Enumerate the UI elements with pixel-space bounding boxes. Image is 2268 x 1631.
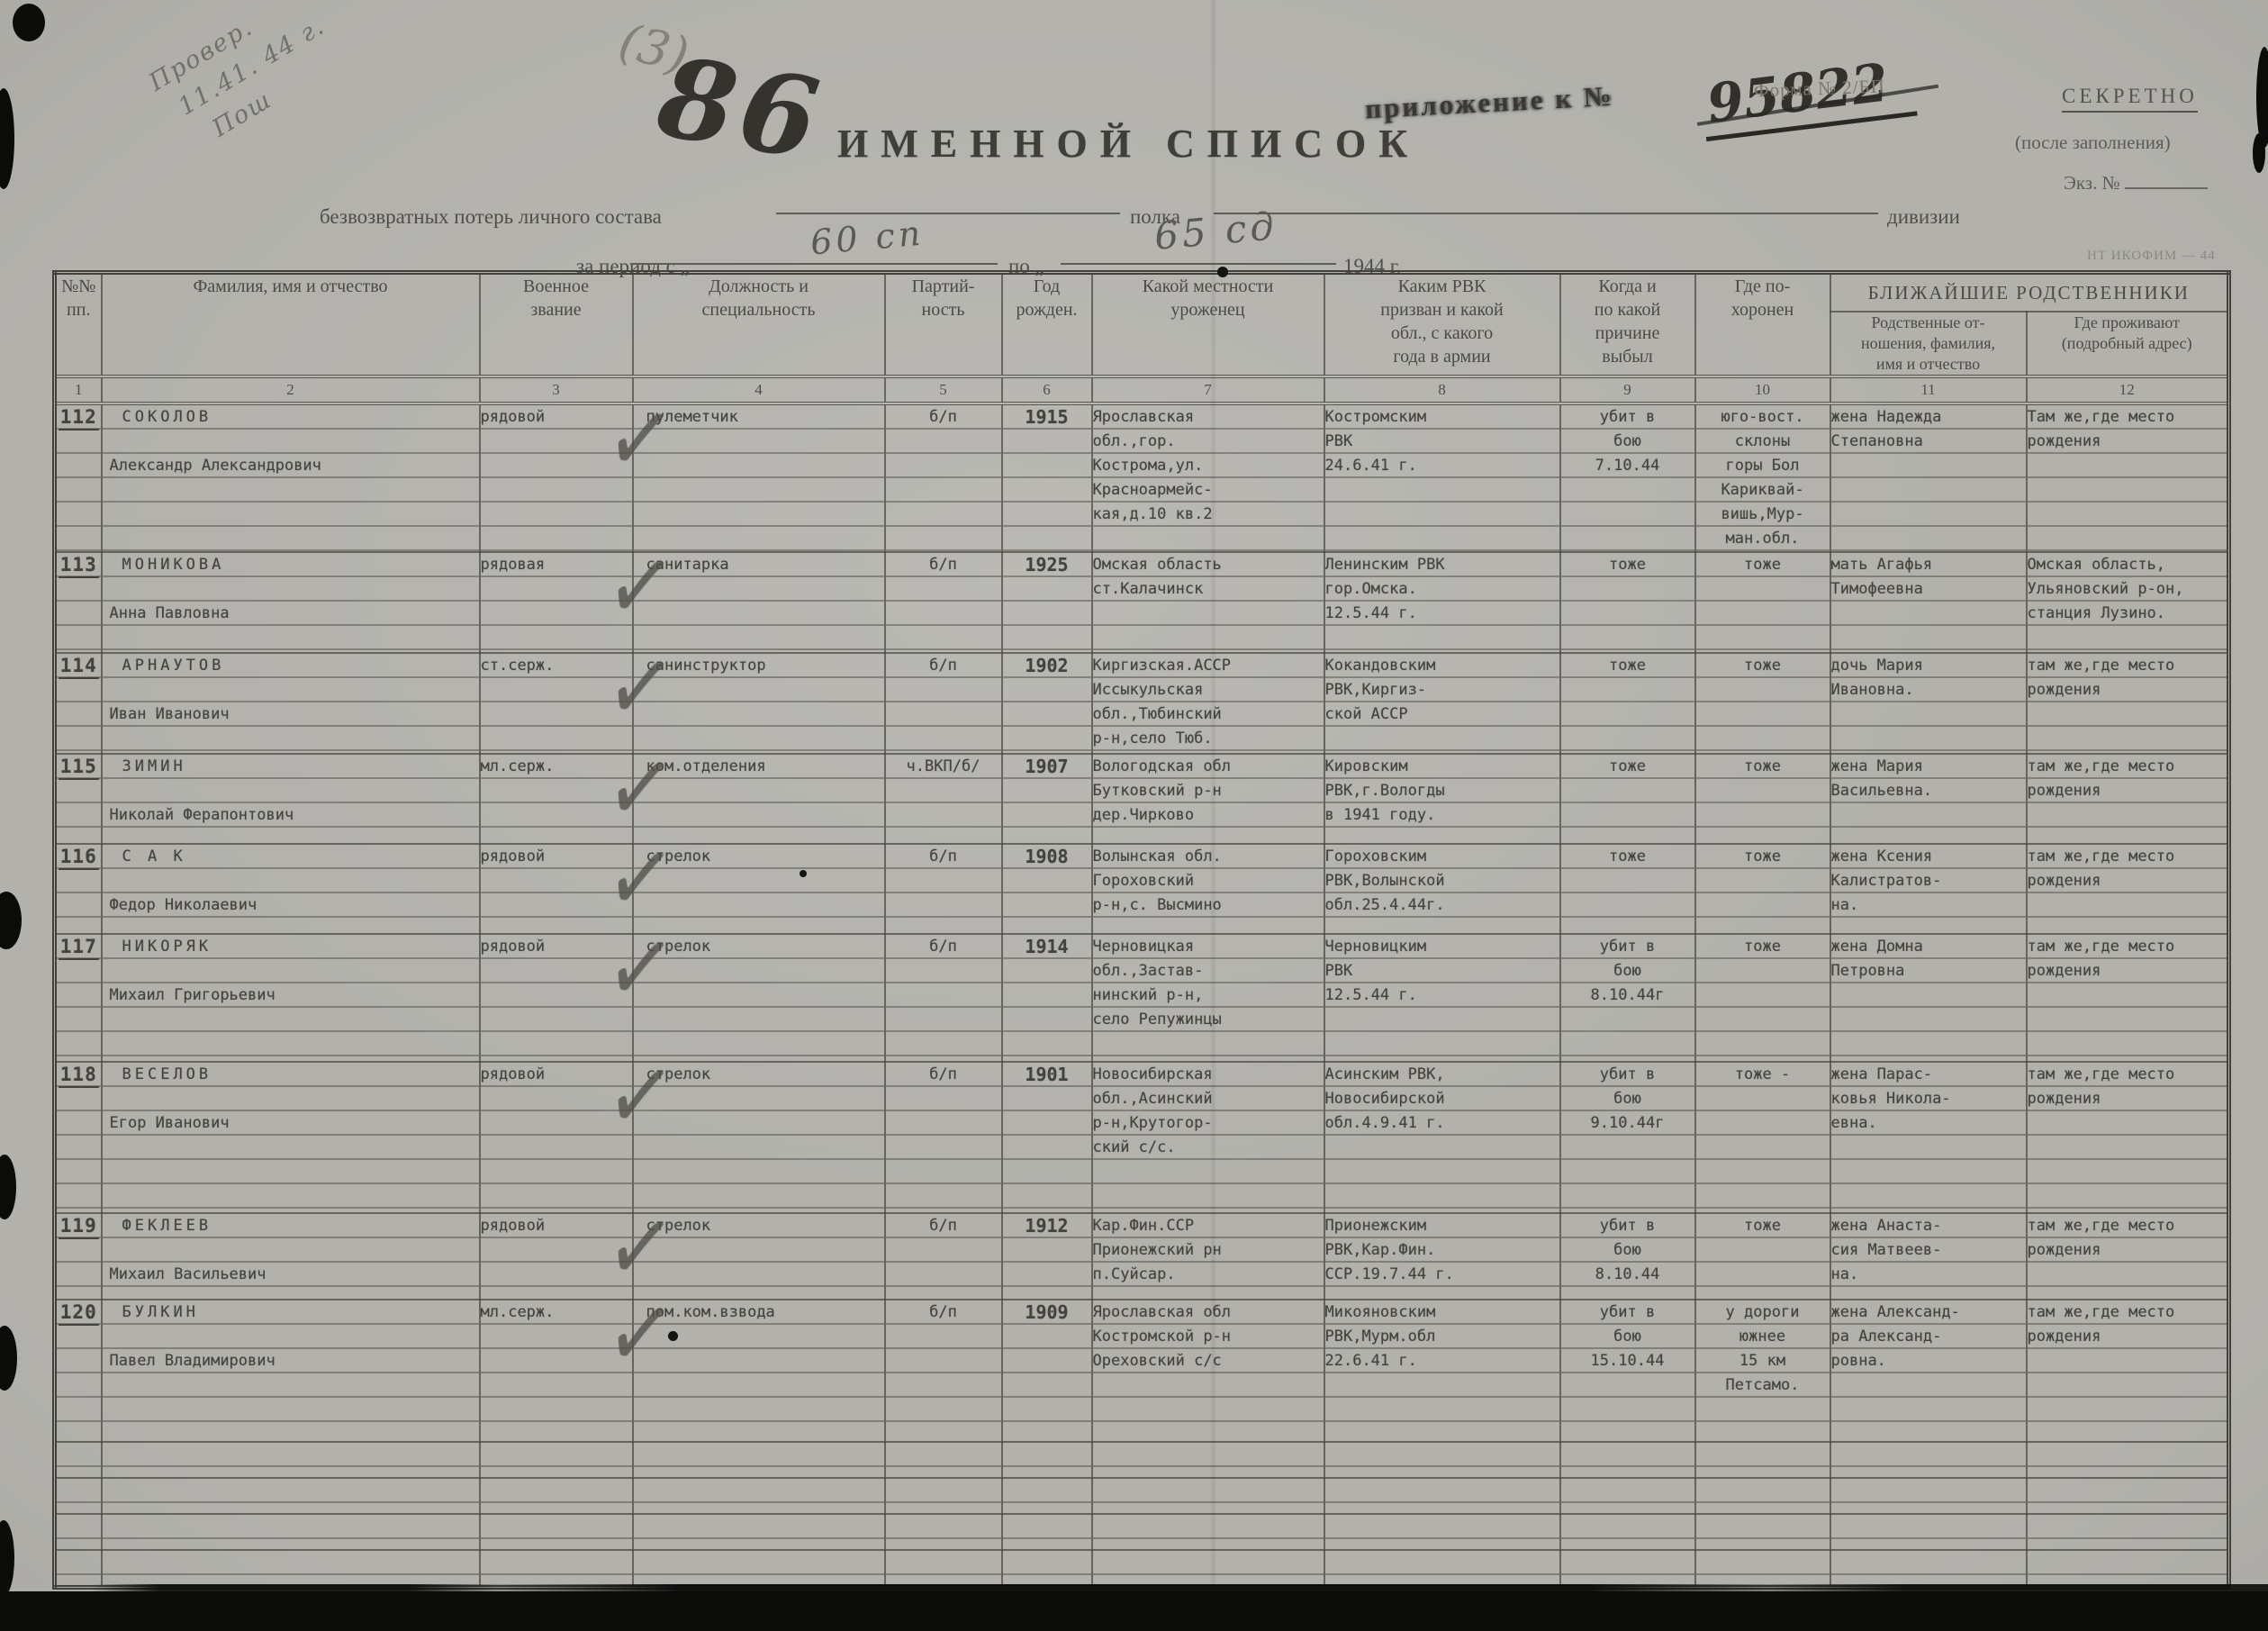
paper-crease: [1210, 0, 1216, 1594]
relatives-group-header: БЛИЖАЙШИЕ РОДСТВЕННИКИ: [1830, 273, 2229, 313]
cell-relative-residence: Там же,где месторождения: [2027, 403, 2229, 552]
attachment-stamp: приложение к №: [1364, 80, 1614, 125]
table-row: 116С А КФедор Николаевичрядовой✓стрелокб…: [55, 844, 2229, 934]
cell-name: ЗИМИННиколай Ферапонтович: [102, 754, 480, 844]
cell-row-number: 116: [55, 844, 102, 934]
col-header-8: Каким РВКпризван и какойобл., с какогого…: [1324, 273, 1560, 377]
col-number-7: 7: [1092, 376, 1324, 403]
cell-rank: рядовая✓: [480, 552, 633, 653]
regiment-name-blank: [776, 191, 1120, 214]
cell-position: стрелок: [633, 934, 885, 1062]
cell-position: стрелок: [633, 844, 885, 934]
col-number-9: 9: [1560, 376, 1695, 403]
col-header-6: Годрожден.: [1002, 273, 1092, 377]
cell-burial-place: тоже: [1695, 653, 1830, 754]
cell-relative: жена Александ-ра Александ-ровна.: [1830, 1300, 2027, 1442]
col-number-10: 10: [1695, 376, 1830, 403]
cell-burial-place: тоже: [1695, 844, 1830, 934]
col-number-3: 3: [480, 376, 633, 403]
cell-party: б/п: [885, 1300, 1002, 1442]
scan-bottom-edge: [0, 1591, 2268, 1631]
ink-speck: [1217, 267, 1228, 277]
cell-party: б/п: [885, 934, 1002, 1062]
cell-drafted-by: МикояновскимРВК,Мурм.обл22.6.41 г.: [1324, 1300, 1560, 1442]
cell-birthplace: Кар.Фин.ССРПрионежский рнп.Суйсар.: [1092, 1213, 1324, 1300]
cell-rank: мл.серж.✓: [480, 754, 633, 844]
empty-row: [55, 1442, 2229, 1478]
table-row: 117НИКОРЯКМихаил Григорьевичрядовой✓стре…: [55, 934, 2229, 1062]
cell-party: б/п: [885, 1213, 1002, 1300]
cell-position: стрелок: [633, 1213, 885, 1300]
cell-relative: жена Анаста-сия Матвеев-на.: [1830, 1213, 2027, 1300]
form-number-label: Форма № 2/БП: [1754, 75, 1886, 102]
col-header-10: Где по-хоронен: [1695, 273, 1830, 377]
cell-name: АРНАУТОВИван Иванович: [102, 653, 480, 754]
secrecy-label: СЕКРЕТНО: [2062, 85, 2198, 113]
scan-edge-tear: [0, 1155, 16, 1219]
cell-position: пом.ком.взвода: [633, 1300, 885, 1442]
cell-drafted-by: КостромскимРВК24.6.41 г.: [1324, 403, 1560, 552]
cell-name: С А КФедор Николаевич: [102, 844, 480, 934]
scan-edge-tear: [0, 88, 14, 189]
scan-edge-tear: [0, 892, 22, 949]
scanned-document-page: { "annotations": { "pencil_note_line1": …: [0, 0, 2268, 1631]
cell-burial-place: тоже: [1695, 552, 1830, 653]
col-header-5: Партий-ность: [885, 273, 1002, 377]
cell-birthplace: Волынская обл.Гороховскийр-н,с. Высмино: [1092, 844, 1324, 934]
subtitle-divizii: дивизии: [1887, 205, 1960, 229]
page-title: ИМЕННОЙ СПИСОК: [837, 121, 1420, 167]
col-header-12: Где проживают(подробный адрес): [2027, 312, 2229, 376]
pencil-check-note: Провер. 11.41. 44 г. Пош: [142, 0, 350, 162]
cell-relative-residence: там же,где месторождения: [2027, 844, 2229, 934]
cell-fate: убит вбою8.10.44: [1560, 1213, 1695, 1300]
cell-relative: жена КсенияКалистратов-на.: [1830, 844, 2027, 934]
ink-speck: [668, 1331, 678, 1341]
cell-fate: убит вбою9.10.44г: [1560, 1062, 1695, 1213]
cell-relative-residence: там же,где месторождения: [2027, 1062, 2229, 1213]
cell-rank: мл.серж.✓: [480, 1300, 633, 1442]
scan-edge-tear: [0, 1326, 17, 1391]
cell-burial-place: тоже: [1695, 754, 1830, 844]
cell-row-number: 112: [55, 403, 102, 552]
col-number-1: 1: [55, 376, 102, 403]
cell-drafted-by: ЧерновицкимРВК12.5.44 г.: [1324, 934, 1560, 1062]
cell-position: санитарка: [633, 552, 885, 653]
cell-burial-place: у дорогиюжнее15 кмПетсамо.: [1695, 1300, 1830, 1442]
cell-rank: рядовой✓: [480, 934, 633, 1062]
copy-number-label: Экз. №: [2064, 171, 2208, 195]
casualty-list-table: №№пп.Фамилия, имя и отчествоВоенноезвани…: [52, 270, 2231, 1590]
col-number-5: 5: [885, 376, 1002, 403]
cell-relative-residence: там же,где месторождения: [2027, 1213, 2229, 1300]
table-row: 113МОНИКОВААнна Павловнарядовая✓санитарк…: [55, 552, 2229, 653]
cell-relative: мать АгафьяТимофеевна: [1830, 552, 2027, 653]
copy-number-blank: [2125, 171, 2208, 189]
cell-name: БУЛКИНПавел Владимирович: [102, 1300, 480, 1442]
col-header-9: Когда ипо какойпричиневыбыл: [1560, 273, 1695, 377]
col-header-4: Должность испециальность: [633, 273, 885, 377]
cell-position: стрелок: [633, 1062, 885, 1213]
cell-relative-residence: там же,где месторождения: [2027, 754, 2229, 844]
table-row: 119ФЕКЛЕЕВМихаил Васильевичрядовой✓стрел…: [55, 1213, 2229, 1300]
cell-burial-place: юго-вост.склоныгоры БолКариквай-вишь,Мур…: [1695, 403, 1830, 552]
cell-party: б/п: [885, 552, 1002, 653]
cell-birth-year: 1907: [1002, 754, 1092, 844]
cell-name: НИКОРЯКМихаил Григорьевич: [102, 934, 480, 1062]
cell-row-number: 118: [55, 1062, 102, 1213]
cell-row-number: 115: [55, 754, 102, 844]
cell-relative: дочь МарияИвановна.: [1830, 653, 2027, 754]
cell-burial-place: тоже -: [1695, 1062, 1830, 1213]
col-number-11: 11: [1830, 376, 2027, 403]
cell-position: пулеметчик: [633, 403, 885, 552]
cell-drafted-by: ГороховскимРВК,Волынскойобл.25.4.44г.: [1324, 844, 1560, 934]
handwritten-page-number: 86: [650, 32, 832, 186]
empty-row: [55, 1550, 2229, 1588]
table-row: 114АРНАУТОВИван Ивановичст.серж.✓санинст…: [55, 653, 2229, 754]
form-corner-code: НТ ИКОФИМ — 44: [2087, 249, 2216, 264]
cell-birthplace: Вологодская облБутковский р-ндер.Чирково: [1092, 754, 1324, 844]
cell-birthplace: Новосибирскаяобл.,Асинскийр-н,Крутогор-с…: [1092, 1062, 1324, 1213]
cell-rank: рядовой✓: [480, 403, 633, 552]
cell-fate: тоже: [1560, 653, 1695, 754]
cell-relative: жена Парас-ковья Никола-евна.: [1830, 1062, 2027, 1213]
col-number-6: 6: [1002, 376, 1092, 403]
cell-rank: ст.серж.✓: [480, 653, 633, 754]
cell-birth-year: 1914: [1002, 934, 1092, 1062]
cell-birthplace: Ярославская облКостромской р-нОреховский…: [1092, 1300, 1324, 1442]
cell-name: МОНИКОВААнна Павловна: [102, 552, 480, 653]
cell-fate: тоже: [1560, 754, 1695, 844]
cell-birthplace: Черновицкаяобл.,Застав-нинский р-н,село …: [1092, 934, 1324, 1062]
col-header-7: Какой местностиуроженец: [1092, 273, 1324, 377]
cell-drafted-by: Асинским РВК,Новосибирскойобл.4.9.41 г.: [1324, 1062, 1560, 1213]
cell-birth-year: 1908: [1002, 844, 1092, 934]
col-number-2: 2: [102, 376, 480, 403]
cell-row-number: 117: [55, 934, 102, 1062]
cell-birth-year: 1902: [1002, 653, 1092, 754]
cell-drafted-by: КировскимРВК,г.Вологдыв 1941 году.: [1324, 754, 1560, 844]
cell-rank: рядовой✓: [480, 1213, 633, 1300]
table-row: 112СОКОЛОВАлександр Александровичрядовой…: [55, 403, 2229, 552]
cell-relative-residence: Омская область,Ульяновский р-он,станция …: [2027, 552, 2229, 653]
table-row: 120БУЛКИНПавел Владимировичмл.серж.✓пом.…: [55, 1300, 2229, 1442]
cell-birth-year: 1912: [1002, 1213, 1092, 1300]
cell-fate: убит вбою8.10.44г: [1560, 934, 1695, 1062]
cell-birth-year: 1909: [1002, 1300, 1092, 1442]
empty-row: [55, 1478, 2229, 1514]
cell-party: ч.ВКП/б/: [885, 754, 1002, 844]
cell-name: СОКОЛОВАлександр Александрович: [102, 403, 480, 552]
scan-edge-tear: [2253, 133, 2265, 173]
col-header-1: №№пп.: [55, 273, 102, 377]
cell-party: б/п: [885, 844, 1002, 934]
cell-rank: рядовой✓: [480, 1062, 633, 1213]
cell-name: ВЕСЕЛОВЕгор Иванович: [102, 1062, 480, 1213]
cell-fate: убит вбою15.10.44: [1560, 1300, 1695, 1442]
ink-speck: [800, 870, 807, 877]
cell-birthplace: Омская областьст.Калачинск: [1092, 552, 1324, 653]
cell-party: б/п: [885, 1062, 1002, 1213]
scan-edge-tear: [13, 4, 45, 41]
cell-relative: жена ДомнаПетровна: [1830, 934, 2027, 1062]
table-row: 118ВЕСЕЛОВЕгор Ивановичрядовой✓стрелокб/…: [55, 1062, 2229, 1213]
cell-rank: рядовой✓: [480, 844, 633, 934]
cell-birthplace: Ярославскаяобл.,гор.Кострома,ул.Красноар…: [1092, 403, 1324, 552]
cell-name: ФЕКЛЕЕВМихаил Васильевич: [102, 1213, 480, 1300]
division-name-blank: [1214, 191, 1878, 214]
table-row: 115ЗИМИННиколай Ферапонтовичмл.серж.✓ком…: [55, 754, 2229, 844]
cell-drafted-by: КокандовскимРВК,Киргиз-ской АССР: [1324, 653, 1560, 754]
col-header-3: Военноезвание: [480, 273, 633, 377]
col-number-4: 4: [633, 376, 885, 403]
cell-drafted-by: Ленинским РВКгор.Омска.12.5.44 г.: [1324, 552, 1560, 653]
cell-burial-place: тоже: [1695, 1213, 1830, 1300]
cell-position: санинструктор: [633, 653, 885, 754]
secrecy-sublabel: (после заполнения): [2015, 131, 2171, 154]
cell-relative-residence: там же,где месторождения: [2027, 934, 2229, 1062]
cell-relative: жена МарияВасильевна.: [1830, 754, 2027, 844]
cell-birthplace: Киргизская.АССРИссыкульскаяобл.,Тюбински…: [1092, 653, 1324, 754]
cell-relative-residence: там же,где месторождения: [2027, 653, 2229, 754]
cell-birth-year: 1915: [1002, 403, 1092, 552]
cell-fate: убит вбою7.10.44: [1560, 403, 1695, 552]
cell-row-number: 120: [55, 1300, 102, 1442]
cell-burial-place: тоже: [1695, 934, 1830, 1062]
col-header-2: Фамилия, имя и отчество: [102, 273, 480, 377]
cell-birth-year: 1901: [1002, 1062, 1092, 1213]
cell-relative-residence: там же,где месторождения: [2027, 1300, 2229, 1442]
cell-row-number: 119: [55, 1213, 102, 1300]
cell-party: б/п: [885, 653, 1002, 754]
cell-drafted-by: ПрионежскимРВК,Кар.Фин.ССР.19.7.44 г.: [1324, 1213, 1560, 1300]
cell-birth-year: 1925: [1002, 552, 1092, 653]
cell-fate: тоже: [1560, 552, 1695, 653]
cell-relative: жена НадеждаСтепановна: [1830, 403, 2027, 552]
empty-row: [55, 1514, 2229, 1550]
col-number-8: 8: [1324, 376, 1560, 403]
subtitle-losses: безвозвратных потерь личного состава: [320, 205, 662, 229]
cell-position: ком.отделения: [633, 754, 885, 844]
col-header-11: Родственные от-ношения, фамилия,имя и от…: [1830, 312, 2027, 376]
cell-party: б/п: [885, 403, 1002, 552]
cell-row-number: 114: [55, 653, 102, 754]
cell-row-number: 113: [55, 552, 102, 653]
column-number-row: 123456789101112: [55, 376, 2229, 403]
cell-fate: тоже: [1560, 844, 1695, 934]
col-number-12: 12: [2027, 376, 2229, 403]
